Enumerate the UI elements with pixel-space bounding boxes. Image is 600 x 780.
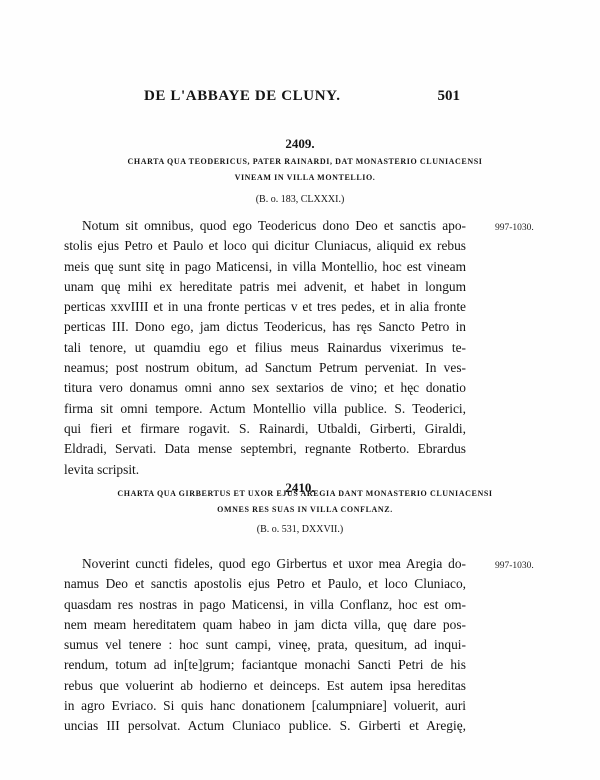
text-line: levita scripsit. — [64, 460, 466, 480]
text-line: firma sit omni tempore. Actum Montellio … — [64, 399, 466, 419]
text-line: rebus que voluerint ab hodierno et deinc… — [64, 676, 466, 696]
charter-number: 2409. — [0, 136, 600, 152]
text-line: perticas xxvIIII et in una fronte pertic… — [64, 297, 466, 317]
document-page: DE L'ABBAYE DE CLUNY. 501 2409. CHARTA Q… — [0, 0, 600, 780]
text-line: namus Deo et sanctis apostolis ejus Petr… — [64, 574, 466, 594]
page-number: 501 — [424, 88, 460, 105]
text-line: neamus; post nostrum obitum, ad Sanctum … — [64, 358, 466, 378]
charter-body: Notum sit omnibus, quod ego Teodericus d… — [64, 216, 466, 480]
text-line: nem meam hereditatem quam habeo in jam d… — [64, 615, 466, 635]
charter-title-line: VINEAM IN VILLA MONTELLIO. — [60, 170, 550, 186]
text-line: sumus vel tenere : hoc sunt campi, vineę… — [64, 635, 466, 655]
charter-title: CHARTA QUA TEODERICUS, PATER RAINARDI, D… — [60, 154, 550, 186]
text-line: titura vero donamus omni anno sex sextar… — [64, 378, 466, 398]
text-line: rendum, totum ad in[te]grum; faciantque … — [64, 655, 466, 675]
source-reference: (B. o. 531, DXXVII.) — [0, 524, 600, 535]
text-line: unam quę mihi ex hereditate patris mei a… — [64, 277, 466, 297]
charter-title-line: CHARTA QUA GIRBERTUS ET UXOR EJUS AREGIA… — [60, 486, 550, 502]
text-line: Notum sit omnibus, quod ego Teodericus d… — [64, 216, 466, 236]
charter-title-line: OMNES RES SUAS IN VILLA CONFLANZ. — [60, 502, 550, 518]
text-line: quasdam res nostras in pago Maticensi, i… — [64, 595, 466, 615]
text-line: Noverint cuncti fideles, quod ego Girber… — [64, 554, 466, 574]
text-line: Eldradi, Servati. Data mense septembri, … — [64, 439, 466, 459]
text-line: perticas III. Dono ego, jam dictus Teode… — [64, 317, 466, 337]
text-line: qui fieri et firmare rogavit. S. Rainard… — [64, 419, 466, 439]
source-reference: (B. o. 183, CLXXXI.) — [0, 194, 600, 205]
charter-title-line: CHARTA QUA TEODERICUS, PATER RAINARDI, D… — [60, 154, 550, 170]
text-line: tali tenore, ut quamdiu ego et filius me… — [64, 338, 466, 358]
text-line: stolis ejus Petro et Paulo et loco qui d… — [64, 236, 466, 256]
charter-title: CHARTA QUA GIRBERTUS ET UXOR EJUS AREGIA… — [60, 486, 550, 518]
date-range-margin: 997-1030. — [495, 223, 534, 233]
running-title: DE L'ABBAYE DE CLUNY. — [144, 88, 454, 105]
text-line: in agro Evriaco. Si quis hanc donationem… — [64, 696, 466, 716]
text-line: meis quę sunt sitę in pago Maticensi, in… — [64, 257, 466, 277]
text-line: uncias III persolvat. Actum Cluniaco pub… — [64, 716, 466, 736]
charter-body: Noverint cuncti fideles, quod ego Girber… — [64, 554, 466, 737]
date-range-margin: 997-1030. — [495, 561, 534, 571]
